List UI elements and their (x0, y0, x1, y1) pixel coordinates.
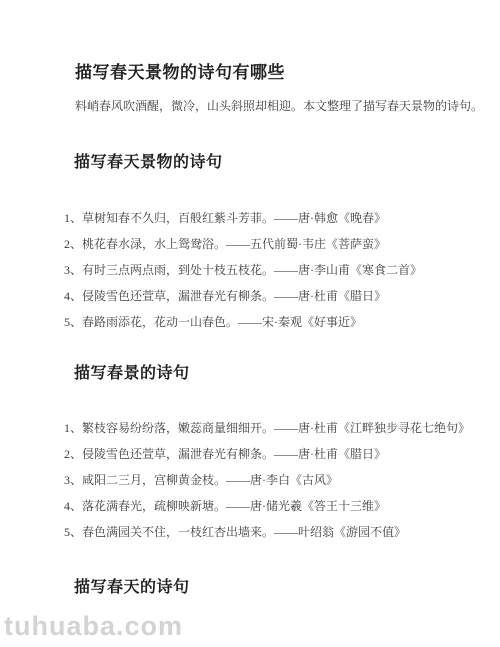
poem-line: 1、草树知春不久归，百般红紫斗芳菲。——唐·韩愈《晚春》 (64, 205, 500, 231)
poem-line: 1、繁枝容易纷纷落，嫩蕊商量细细开。——唐·杜甫《江畔独步寻花七绝句》 (64, 415, 500, 441)
section-heading-1: 描写春天景物的诗句 (74, 149, 223, 172)
section-heading-2: 描写春景的诗句 (74, 360, 190, 383)
poem-list-2: 1、繁枝容易纷纷落，嫩蕊商量细细开。——唐·杜甫《江畔独步寻花七绝句》 2、侵陵… (64, 415, 500, 545)
poem-line: 3、有时三点两点雨，到处十枝五枝花。——唐·李山甫《寒食二首》 (64, 257, 500, 283)
poem-line: 2、桃花春水渌，水上鸳鸯浴。——五代前蜀·韦庄《菩萨蛮》 (64, 231, 500, 257)
poem-line: 5、春色满园关不住，一枝红杏出墙来。——叶绍翁《游园不值》 (64, 519, 500, 545)
section-heading-3: 描写春天的诗句 (74, 574, 190, 597)
poem-line: 2、侵陵雪色还萱草，漏泄春光有柳条。——唐·杜甫《腊日》 (64, 441, 500, 467)
poem-line: 4、侵陵雪色还萱草，漏泄春光有柳条。——唐·杜甫《腊日》 (64, 283, 500, 309)
watermark: tuhuaba.com (4, 611, 183, 642)
intro-paragraph: 料峭春风吹酒醒，微冷，山头斜照却相迎。本文整理了描写春天景物的诗句。 (75, 97, 483, 114)
poem-list-1: 1、草树知春不久归，百般红紫斗芳菲。——唐·韩愈《晚春》 2、桃花春水渌，水上鸳… (64, 205, 500, 335)
page-title: 描写春天景物的诗句有哪些 (75, 58, 285, 83)
poem-line: 3、咸阳二三月，宫柳黄金枝。——唐·李白《古风》 (64, 467, 500, 493)
poem-line: 4、落花满春光，疏柳映新塘。——唐·储光羲《答王十三维》 (64, 493, 500, 519)
poem-line: 5、春路雨添花，花动一山春色。——宋·秦观《好事近》 (64, 309, 500, 335)
